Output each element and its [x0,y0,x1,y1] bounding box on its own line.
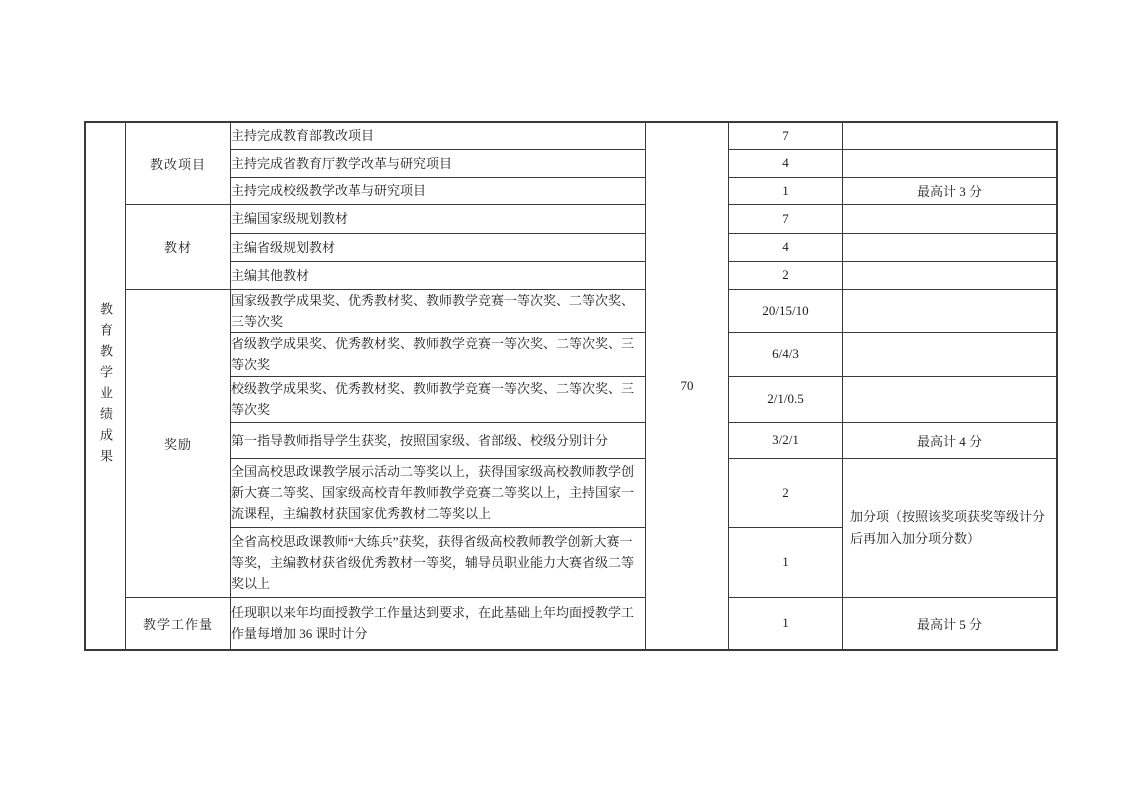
criterion-cell: 主持完成校级教学改革与研究项目 [231,177,646,204]
criterion-cell: 任现职以来年均面授教学工作量达到要求，在此基础上年均面授教学工作量每增加 36 … [231,597,646,650]
criterion-cell: 全国高校思政课教学展示活动二等奖以上，获得国家级高校教师教学创新大赛二等奖、国家… [231,458,646,527]
category-cell-textbook: 教材 [126,204,231,289]
criterion-cell: 主持完成教育部教改项目 [231,122,646,149]
table-row: 教学工作量 任现职以来年均面授教学工作量达到要求，在此基础上年均面授教学工作量每… [85,597,1057,650]
note-cell [843,204,1058,233]
note-cell [843,122,1058,149]
criterion-cell: 主编其他教材 [231,261,646,289]
score-cell: 2/1/0.5 [729,376,843,422]
category-cell-reform: 教改项目 [126,122,231,204]
note-cell: 最高计 5 分 [843,597,1058,650]
score-cell: 2 [729,458,843,527]
criterion-cell: 主持完成省教育厅教学改革与研究项目 [231,149,646,177]
category-cell-award: 奖励 [126,289,231,597]
evaluation-score-table: 教育教学业绩成果 教改项目 主持完成教育部教改项目 70 7 主持完成省教育厅教… [84,121,1058,651]
score-cell: 1 [729,527,843,597]
table-row: 主持完成省教育厅教学改革与研究项目 4 [85,149,1057,177]
note-cell: 最高计 3 分 [843,177,1058,204]
score-cell: 7 [729,122,843,149]
criterion-cell: 主编国家级规划教材 [231,204,646,233]
table-row: 主编省级规划教材 4 [85,233,1057,261]
table-row: 教材 主编国家级规划教材 7 [85,204,1057,233]
note-cell: 最高计 4 分 [843,422,1058,458]
note-cell [843,332,1058,376]
criterion-cell: 第一指导教师指导学生获奖，按照国家级、省部级、校级分别计分 [231,422,646,458]
table-row: 教育教学业绩成果 教改项目 主持完成教育部教改项目 70 7 [85,122,1057,149]
note-cell [843,261,1058,289]
criterion-cell: 校级教学成果奖、优秀教材奖、教师教学竞赛一等次奖、二等次奖、三等次奖 [231,376,646,422]
score-cell: 20/15/10 [729,289,843,332]
document-page: 教育教学业绩成果 教改项目 主持完成教育部教改项目 70 7 主持完成省教育厅教… [0,0,1122,793]
score-cell: 3/2/1 [729,422,843,458]
score-cell: 2 [729,261,843,289]
row-group-header-cell: 教育教学业绩成果 [85,122,126,650]
score-cell: 1 [729,597,843,650]
table-row: 全国高校思政课教学展示活动二等奖以上，获得国家级高校教师教学创新大赛二等奖、国家… [85,458,1057,527]
bonus-note-cell: 加分项（按照该奖项获奖等级计分后再加入加分项分数） [843,458,1058,597]
table-row: 校级教学成果奖、优秀教材奖、教师教学竞赛一等次奖、二等次奖、三等次奖 2/1/0… [85,376,1057,422]
score-cell: 7 [729,204,843,233]
note-cell [843,289,1058,332]
criterion-cell: 主编省级规划教材 [231,233,646,261]
table-row: 主编其他教材 2 [85,261,1057,289]
table-row: 省级教学成果奖、优秀教材奖、教师教学竞赛一等次奖、二等次奖、三等次奖 6/4/3 [85,332,1057,376]
table-row: 第一指导教师指导学生获奖，按照国家级、省部级、校级分别计分 3/2/1 最高计 … [85,422,1057,458]
note-cell [843,376,1058,422]
criterion-cell: 省级教学成果奖、优秀教材奖、教师教学竞赛一等次奖、二等次奖、三等次奖 [231,332,646,376]
table-row: 奖励 国家级教学成果奖、优秀教材奖、教师教学竞赛一等次奖、二等次奖、三等次奖 2… [85,289,1057,332]
criterion-cell: 全省高校思政课教师“大练兵”获奖，获得省级高校教师教学创新大赛一等奖，主编教材获… [231,527,646,597]
table-row: 主持完成校级教学改革与研究项目 1 最高计 3 分 [85,177,1057,204]
note-cell [843,149,1058,177]
score-cell: 4 [729,149,843,177]
row-group-header: 教育教学业绩成果 [86,302,125,470]
total-score-cell: 70 [646,122,729,650]
score-cell: 6/4/3 [729,332,843,376]
score-cell: 4 [729,233,843,261]
score-cell: 1 [729,177,843,204]
criterion-cell: 国家级教学成果奖、优秀教材奖、教师教学竞赛一等次奖、二等次奖、三等次奖 [231,289,646,332]
category-cell-workload: 教学工作量 [126,597,231,650]
note-cell [843,233,1058,261]
